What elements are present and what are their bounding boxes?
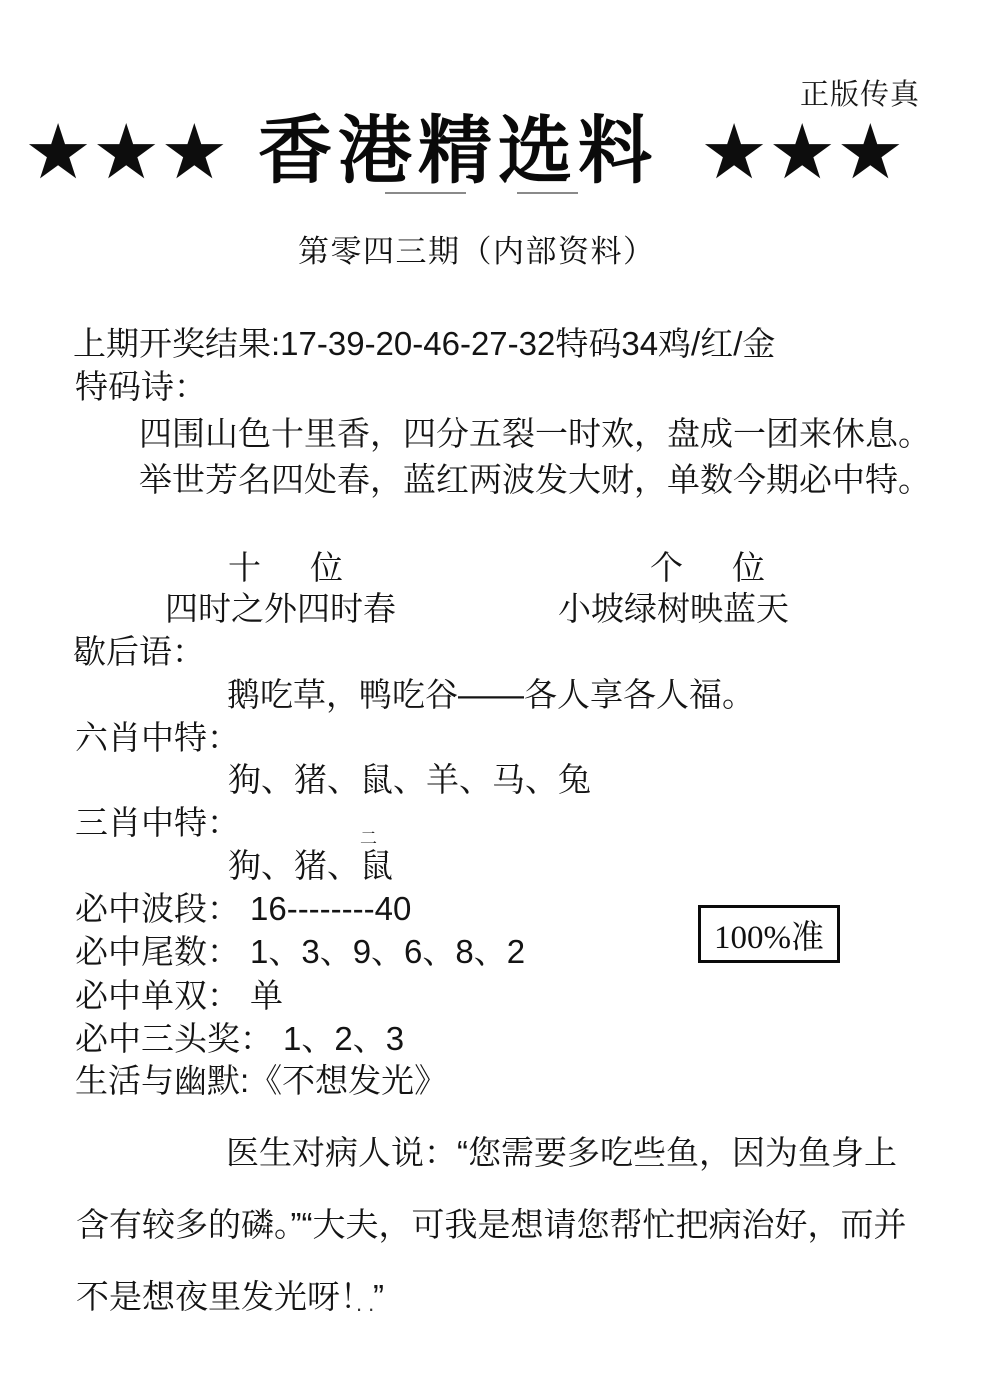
scan-artifact-mark: 二	[360, 824, 378, 849]
wave-range-value: 16--------40	[250, 890, 411, 927]
ones-digit-header: 个 位	[650, 549, 773, 587]
humor-section-label: 生活与幽默:	[75, 1062, 249, 1099]
tip-sheet-page: 正版传真 ★★★ 香港精选料 ★★★ 第零四三期（内部资料） 上期开奖结果:17…	[0, 0, 992, 1388]
three-zodiac-section-label: 三肖中特：	[75, 804, 240, 842]
humor-section-line: 生活与幽默:《不想发光》	[75, 1062, 447, 1100]
poem-line-1: 四围山色十里香，四分五裂一时欢，盘成一团来休息。	[139, 415, 931, 453]
issue-subtitle: 第零四三期（内部资料）	[298, 226, 656, 271]
scan-artifact-line	[517, 192, 578, 194]
scan-artifact-line	[385, 192, 466, 194]
scan-artifact-dots: ..	[356, 1291, 380, 1317]
page-title: 香港精选料	[258, 96, 658, 206]
joke-line-2: 含有较多的磷。”“大夫，可我是想请您帮忙把病治好，而并	[76, 1206, 906, 1244]
tail-numbers-line: 必中尾数：1、3、9、6、8、2	[75, 933, 525, 971]
head-prize-value: 1、2、3	[283, 1020, 404, 1057]
ones-digit-phrase: 小坡绿树映蓝天	[558, 590, 789, 628]
tens-digit-phrase: 四时之外四时春	[165, 590, 396, 628]
last-draw-result: 上期开奖结果:17-39-20-46-27-32特码34鸡/红/金	[73, 325, 775, 363]
xiehouyu-text: 鹅吃草，鸭吃谷——各人享各人福。	[227, 676, 755, 714]
accuracy-stamp: 100%准	[698, 905, 840, 963]
wave-range-label: 必中波段：	[75, 890, 240, 927]
tens-digit-header: 十 位	[228, 549, 351, 587]
odd-even-line: 必中单双：单	[75, 977, 283, 1015]
accuracy-stamp-text: 100%准	[714, 911, 824, 958]
humor-title: 《不想发光》	[249, 1062, 447, 1099]
stars-right-icon: ★★★	[700, 98, 904, 208]
head-prize-line: 必中三头奖：1、2、3	[75, 1020, 404, 1058]
stars-left-icon: ★★★	[24, 98, 228, 208]
wave-range-line: 必中波段：16--------40	[75, 890, 411, 928]
six-zodiac-value: 狗、猪、鼠、羊、马、兔	[228, 761, 591, 799]
poem-section-label: 特码诗：	[75, 368, 207, 406]
xiehouyu-section-label: 歇后语：	[73, 633, 205, 671]
joke-line-3: 不是想夜里发光呀！”	[76, 1278, 384, 1316]
joke-line-1: 医生对病人说：“您需要多吃些鱼，因为鱼身上	[226, 1134, 897, 1172]
tail-numbers-label: 必中尾数：	[75, 933, 240, 970]
poem-line-2: 举世芳名四处春，蓝红两波发大财，单数今期必中特。	[139, 461, 931, 499]
odd-even-value: 单	[250, 977, 283, 1014]
six-zodiac-section-label: 六肖中特：	[75, 719, 240, 757]
head-prize-label: 必中三头奖：	[75, 1020, 273, 1057]
tail-numbers-value: 1、3、9、6、8、2	[250, 933, 525, 970]
odd-even-label: 必中单双：	[75, 977, 240, 1014]
three-zodiac-value: 狗、猪、鼠	[228, 847, 393, 885]
